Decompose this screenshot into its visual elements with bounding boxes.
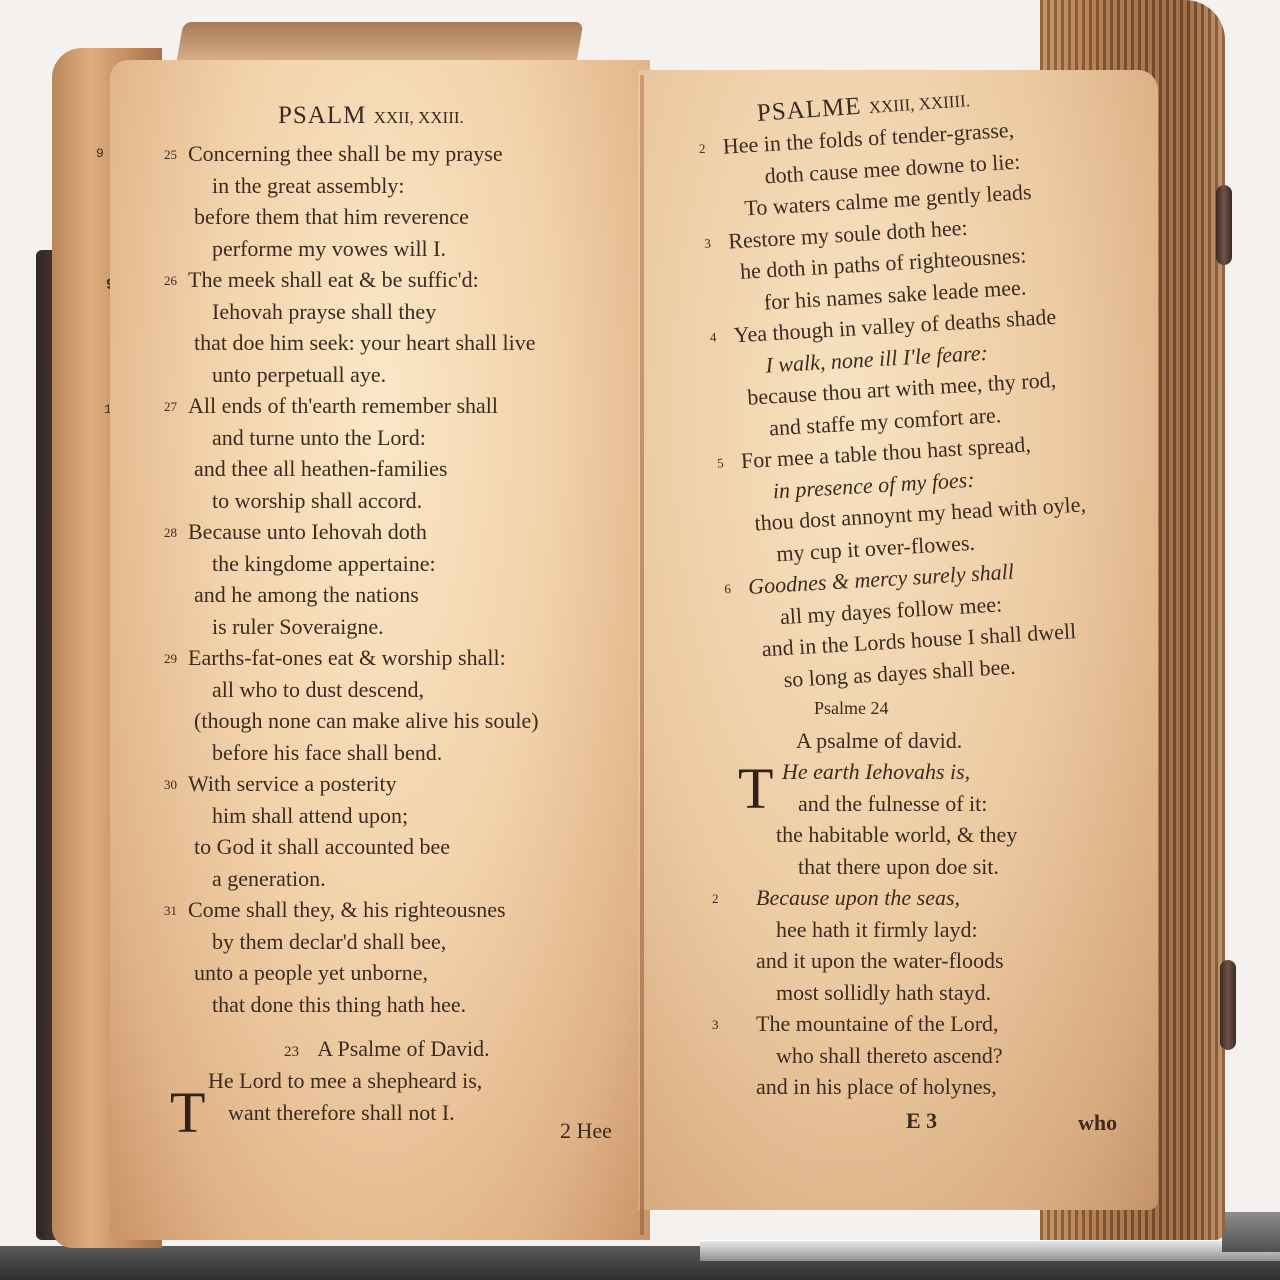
verse-number: 31 <box>164 895 177 927</box>
verse-line: and staffe my comfort are. <box>716 415 718 446</box>
verse-text: is ruler Soveraigne. <box>212 611 384 643</box>
verse-text: With service a posterity <box>188 768 397 800</box>
psalm-heading-text: A Psalme of David. <box>317 1036 489 1061</box>
verse-number: 3 <box>704 227 712 259</box>
verse-text: in the great assembly: <box>212 170 404 202</box>
verse-line: 4Yea though in valley of deaths shade <box>711 321 713 352</box>
verse-line: for his names sake leade mee. <box>709 289 711 320</box>
book-photograph: 9 9 v 10 y 11 c 12 13 PSALM XXII, XXIII.… <box>0 0 1280 1280</box>
right-page: PSALME XXIII, XXIIII. 2Hee in the folds … <box>638 70 1158 1210</box>
verse-text: He earth Iehovahs is, <box>782 756 970 788</box>
verse-text: performe my vowes will I. <box>212 233 446 265</box>
verse-text: and he among the nations <box>194 579 419 611</box>
display-stand-rail <box>700 1240 1280 1261</box>
verse-text: to God it shall accounted bee <box>194 831 450 863</box>
verse-line: he doth in paths of righteousnes: <box>707 258 709 289</box>
verse-text: unto a people yet unborne, <box>194 957 428 989</box>
verse-line: doth cause mee downe to lie: <box>702 163 704 194</box>
running-head-title: PSALM <box>278 102 366 129</box>
verse-text: Because unto Iehovah doth <box>188 516 427 548</box>
torn-page-edge <box>176 22 583 62</box>
verse-number: 2 <box>698 133 706 165</box>
verse-text: all who to dust descend, <box>212 674 424 706</box>
verse-text: Come shall they, & his righteousnes <box>188 894 506 926</box>
verse-text: Concerning thee shall be my prayse <box>188 138 503 170</box>
catchword: who <box>1078 1110 1117 1136</box>
right-verse-lines: 2Hee in the folds of tender-grasse,doth … <box>700 132 733 698</box>
verse-text: who shall thereto ascend? <box>776 1040 1003 1072</box>
verse-number: 25 <box>164 139 177 171</box>
verse-text: that there upon doe sit. <box>798 851 999 883</box>
verse-text: the kingdome appertaine: <box>212 548 436 580</box>
running-head-title: PSALME <box>756 93 862 127</box>
verse-line: in presence of my foes: <box>720 478 722 509</box>
psalm-heading: A psalme of david. <box>796 728 962 754</box>
verse-text: and it upon the water-floods <box>756 945 1004 977</box>
verse-text: most sollidly hath stayd. <box>776 977 991 1009</box>
verse-number: 29 <box>164 643 177 675</box>
verse-line: because thou art with mee, thy rod, <box>715 384 717 415</box>
verse-text: and thee all heathen-families <box>194 453 448 485</box>
verse-text: and in his place of holynes, <box>756 1071 997 1103</box>
verse-line: I walk, none ill I'le feare: <box>713 352 715 383</box>
verse-text: Earths-fat-ones eat & worship shall: <box>188 642 506 674</box>
verse-text: him shall attend upon; <box>212 800 408 832</box>
verse-text: that done this thing hath hee. <box>212 989 466 1021</box>
verse-text: Because upon the seas, <box>756 882 960 914</box>
verse-line: so long as dayes shall bee. <box>731 667 733 698</box>
verse-number: 28 <box>164 517 177 549</box>
verse-text: a generation. <box>212 863 326 895</box>
clasp-icon <box>1216 185 1232 265</box>
verse-number: 2 <box>712 883 719 915</box>
margin-number: 9 <box>96 146 104 161</box>
dropcap: T <box>170 1084 205 1142</box>
verse-text: unto perpetuall aye. <box>212 359 386 391</box>
opening-line: He Lord to mee a shepheard is, <box>208 1068 482 1094</box>
verse-number: 26 <box>164 265 177 297</box>
verse-text: and the fulnesse of it: <box>798 788 987 820</box>
verse-number: 3 <box>712 1009 719 1041</box>
verse-number: 6 <box>723 573 731 605</box>
verse-line: thou dost annoynt my head with oyle, <box>722 509 724 540</box>
verse-text: to worship shall accord. <box>212 485 422 517</box>
verse-text: The meek shall eat & be suffic'd: <box>188 264 479 296</box>
running-head-numerals: XXIII, XXIIII. <box>868 91 971 117</box>
display-stand-corner <box>1222 1212 1280 1252</box>
psalm-number: 23 <box>284 1044 299 1060</box>
verse-line: my cup it over-flowes. <box>724 541 726 572</box>
psalm-label: Psalme 24 <box>814 698 889 719</box>
verse-text: and turne unto the Lord: <box>212 422 426 454</box>
verse-text: before them that him reverence <box>194 201 469 233</box>
running-head-numerals: XXII, XXIII. <box>374 108 464 127</box>
verse-text: All ends of th'earth remember shall <box>188 390 498 422</box>
psalm-heading: 23 A Psalme of David. <box>284 1036 490 1062</box>
verse-line: 3Restore my soule doth hee: <box>705 226 707 257</box>
dropcap: T <box>738 760 773 818</box>
signature-mark: E 3 <box>906 1108 937 1134</box>
verse-line: 6Goodnes & mercy surely shall <box>725 572 727 603</box>
verse-line: 2Hee in the folds of tender-grasse, <box>700 132 702 163</box>
verse-text: (though none can make alive his soule) <box>194 705 539 737</box>
verse-text: before his face shall bend. <box>212 737 442 769</box>
verse-text: The mountaine of the Lord, <box>756 1008 999 1040</box>
verse-text: Iehovah prayse shall they <box>212 296 436 328</box>
verse-text: the habitable world, & they <box>776 819 1017 851</box>
left-page: PSALM XXII, XXIII. 25Concerning thee sha… <box>110 60 650 1240</box>
catchword: 2 Hee <box>560 1118 612 1144</box>
verse-text: hee hath it firmly layd: <box>776 914 978 946</box>
verse-number: 4 <box>709 321 717 353</box>
clasp-icon <box>1220 960 1236 1050</box>
verse-text: that doe him seek: your heart shall live <box>194 327 536 359</box>
verse-line: and in the Lords house I shall dwell <box>729 635 731 666</box>
verse-number: 30 <box>164 769 177 801</box>
verse-text: by them declar'd shall bee, <box>212 926 446 958</box>
verse-line: all my dayes follow mee: <box>727 604 729 635</box>
left-running-head: PSALM XXII, XXIII. <box>278 102 464 130</box>
verse-number: 27 <box>164 391 177 423</box>
verse-line: To waters calme me gently leads <box>704 195 706 226</box>
verse-line: 5For mee a table thou hast spread, <box>718 446 720 477</box>
book-gutter <box>640 75 644 1235</box>
opening-line: want therefore shall not I. <box>228 1100 455 1126</box>
verse-number: 5 <box>716 447 724 479</box>
